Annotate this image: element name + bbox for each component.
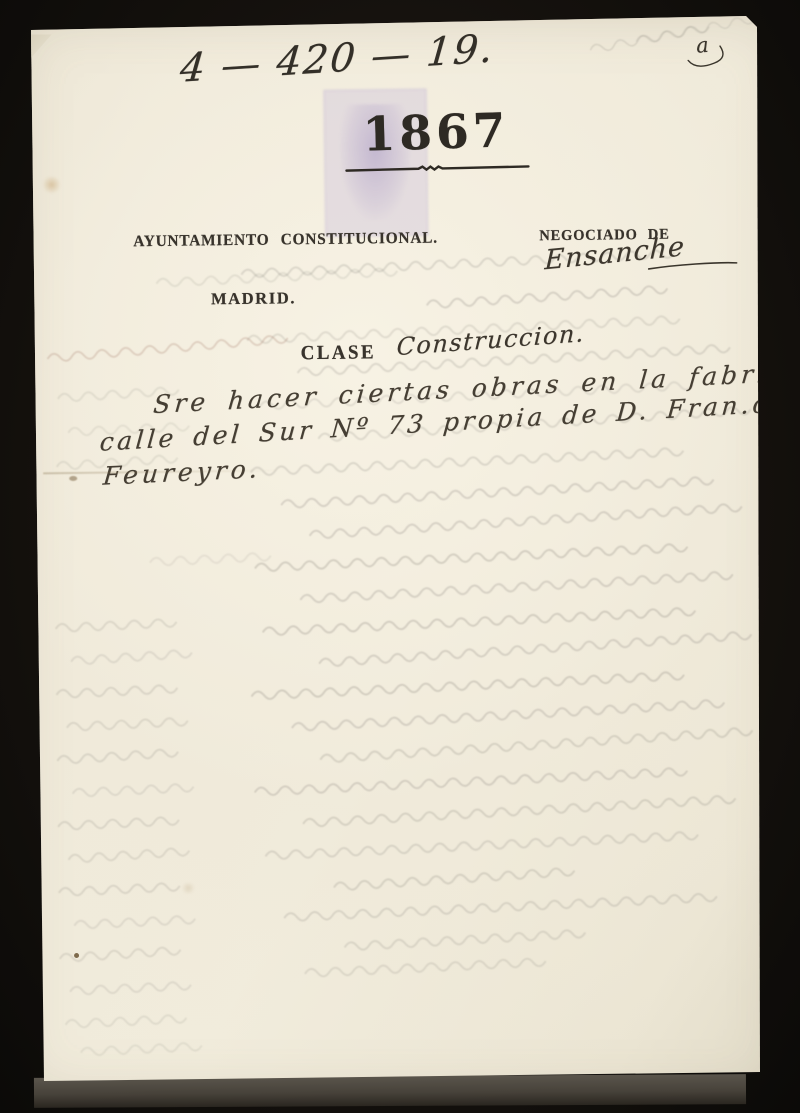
crease-mark bbox=[69, 476, 77, 481]
document-scan: 4 — 420 — 19. a 1867 AYUNTAMIENTO CONSTI… bbox=[0, 0, 800, 1113]
year-underline bbox=[344, 162, 530, 176]
negociado-flourish bbox=[647, 258, 739, 273]
faded-red-note bbox=[48, 335, 288, 363]
ink-fleck bbox=[74, 953, 79, 958]
corner-mark-flourish bbox=[686, 40, 742, 75]
org-name: AYUNTAMIENTO CONSTITUCIONAL. bbox=[133, 230, 438, 252]
document-page: 4 — 420 — 19. a 1867 AYUNTAMIENTO CONSTI… bbox=[0, 0, 800, 1113]
org-city: MADRID. bbox=[211, 288, 296, 309]
page-content: 4 — 420 — 19. a 1867 AYUNTAMIENTO CONSTI… bbox=[0, 0, 800, 1113]
clase-label: CLASE bbox=[301, 341, 377, 365]
year-heading: 1867 bbox=[340, 103, 532, 164]
paper-stain bbox=[42, 176, 62, 193]
